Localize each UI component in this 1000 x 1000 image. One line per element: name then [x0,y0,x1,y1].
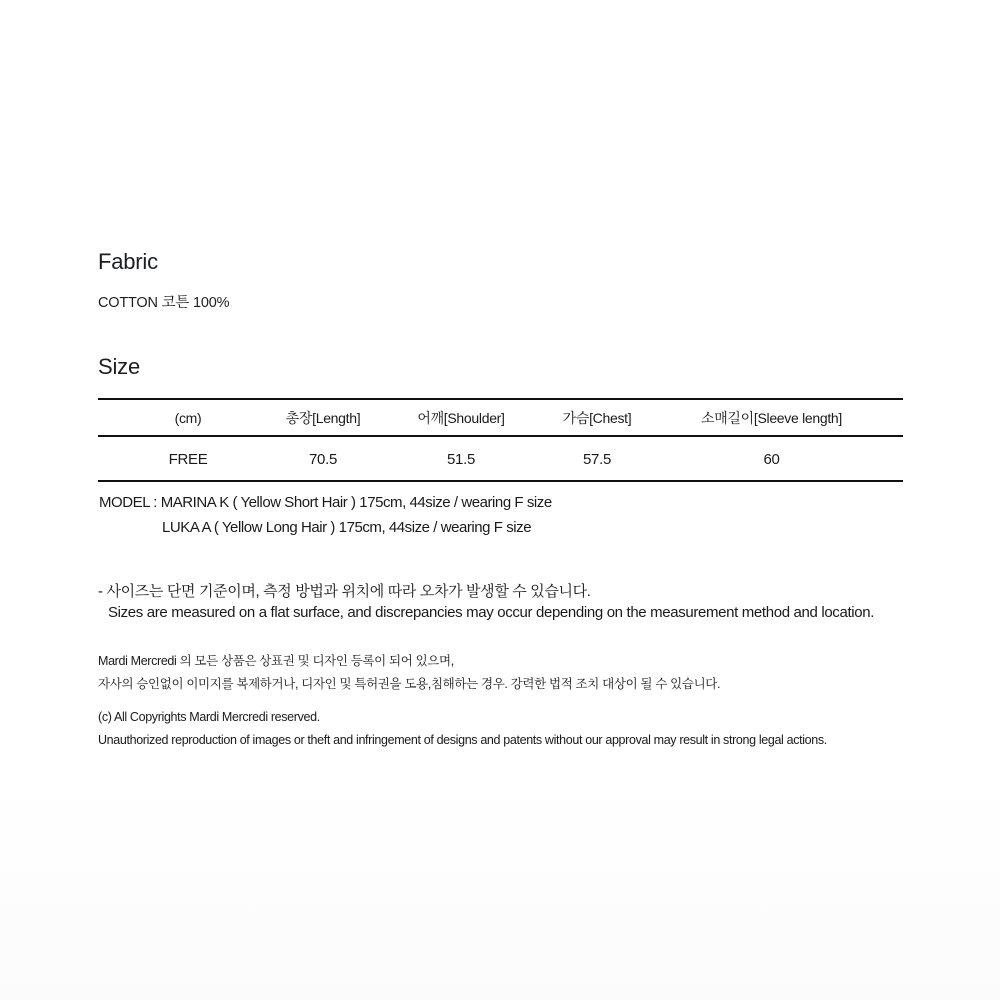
model-line-1: MODEL : MARINA K ( Yellow Short Hair ) 1… [99,490,552,515]
copyright-line: (c) All Copyrights Mardi Mercredi reserv… [98,706,827,729]
cell-length: 70.5 [278,436,368,481]
size-heading: Size [98,354,140,380]
size-table-header-row: (cm) 총장[Length] 어깨[Shoulder] 가슴[Chest] 소… [98,399,903,436]
legal-korean-line-2: 자사의 승인없이 이미지를 복제하거나, 디자인 및 특허권을 도용,침해하는 … [98,673,720,696]
header-sleeve-length: 소매길이[Sleeve length] [640,399,903,436]
model-info: MODEL : MARINA K ( Yellow Short Hair ) 1… [99,490,552,540]
fabric-composition: COTTON 코튼 100% [98,291,229,312]
header-chest: 가슴[Chest] [554,399,640,436]
header-length: 총장[Length] [278,399,368,436]
background-fade [0,780,1000,1000]
header-unit: (cm) [98,399,278,436]
cell-shoulder: 51.5 [368,436,554,481]
legal-notice-english: (c) All Copyrights Mardi Mercredi reserv… [98,706,827,752]
table-row: FREE 70.5 51.5 57.5 60 [98,436,903,481]
size-table: (cm) 총장[Length] 어깨[Shoulder] 가슴[Chest] 소… [98,398,903,482]
legal-english-line: Unauthorized reproduction of images or t… [98,729,827,752]
measurement-note-korean: - 사이즈는 단면 기준이며, 측정 방법과 위치에 따라 오차가 발생할 수 … [98,581,874,602]
legal-notice-korean: Mardi Mercredi 의 모든 상품은 상표권 및 디자인 등록이 되어… [98,650,720,696]
cell-size: FREE [98,436,278,481]
fabric-heading: Fabric [98,249,158,275]
model-line-2: LUKA A ( Yellow Long Hair ) 175cm, 44siz… [99,515,552,540]
cell-chest: 57.5 [554,436,640,481]
cell-sleeve-length: 60 [640,436,903,481]
header-shoulder: 어깨[Shoulder] [368,399,554,436]
legal-korean-line-1: Mardi Mercredi 의 모든 상품은 상표권 및 디자인 등록이 되어… [98,650,720,673]
measurement-note-english: Sizes are measured on a flat surface, an… [98,602,874,623]
product-info-page: Fabric COTTON 코튼 100% Size (cm) 총장[Lengt… [0,0,1000,1000]
measurement-note: - 사이즈는 단면 기준이며, 측정 방법과 위치에 따라 오차가 발생할 수 … [98,581,874,623]
